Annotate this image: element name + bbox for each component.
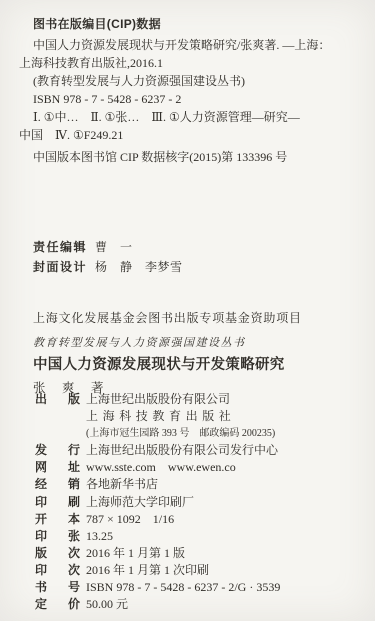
colophon-value: www.sste.com www.ewen.co (86, 459, 236, 476)
editor-label: 责任编辑 (33, 237, 95, 257)
editor-name: 曹 一 (95, 237, 133, 257)
colophon-value: 787 × 1092 1/16 (86, 511, 174, 528)
colophon-value: (上海市冠生园路 393 号 邮政编码 200235) (86, 425, 275, 442)
colophon-label: 经销 (35, 476, 80, 493)
colophon-row-sheets: 印张 13.25 (35, 528, 369, 545)
cover-design-label: 封面设计 (33, 257, 95, 277)
colophon-label: 印次 (35, 562, 80, 579)
colophon-value: ISBN 978 - 7 - 5428 - 6237 - 2/G · 3539 (86, 579, 280, 596)
colophon-row-price: 定价 50.00 元 (35, 596, 369, 613)
copyright-page: 图书在版编目(CIP)数据 中国人力资源发展现状与开发策略研究/张爽著. —上海… (0, 0, 375, 621)
colophon-label: 书号 (35, 579, 80, 596)
colophon-row-retailer: 经销 各地新华书店 (35, 476, 369, 493)
cover-design-row: 封面设计 杨 静 李梦雪 (33, 257, 183, 277)
colophon-value: 13.25 (86, 528, 113, 545)
colophon-block: 出版 上海世纪出版股份有限公司 上海科技教育出版社 (上海市冠生园路 393 号… (35, 391, 369, 613)
colophon-value: 各地新华书店 (86, 476, 158, 493)
colophon-row-edition: 版次 2016 年 1 月第 1 版 (35, 545, 369, 562)
colophon-label: 出版 (35, 391, 80, 408)
cip-classification-line-2: 中国 Ⅳ. ①F249.21 (19, 126, 365, 144)
colophon-label: 开本 (35, 511, 80, 528)
colophon-row-publisher: 出版 上海世纪出版股份有限公司 (35, 391, 369, 408)
colophon-label: 印张 (35, 528, 80, 545)
colophon-value: 上海世纪出版股份有限公司发行中心 (86, 442, 278, 459)
cover-designer-names: 杨 静 李梦雪 (95, 257, 183, 277)
series-title: 教育转型发展与人力资源强国建设丛书 (33, 334, 365, 350)
colophon-label: 定价 (35, 596, 80, 613)
cip-isbn: ISBN 978 - 7 - 5428 - 6237 - 2 (19, 90, 365, 108)
colophon-value: 50.00 元 (86, 596, 128, 613)
cip-classification-line-1: Ⅰ. ①中… Ⅱ. ①张… Ⅲ. ①人力资源管理—研究— (19, 108, 365, 126)
colophon-row-isbn: 书号 ISBN 978 - 7 - 5428 - 6237 - 2/G · 35… (35, 579, 369, 596)
colophon-row-website: 网址 www.sste.com www.ewen.co (35, 459, 369, 476)
cip-block: 图书在版编目(CIP)数据 中国人力资源发展现状与开发策略研究/张爽著. —上海… (19, 15, 365, 166)
cip-entry-line-2: 上海科技教育出版社,2016.1 (19, 54, 365, 72)
book-title: 中国人力资源发展现状与开发策略研究 (33, 353, 365, 374)
colophon-row-format: 开本 787 × 1092 1/16 (35, 511, 369, 528)
cip-series-note: (教育转型发展与人力资源强国建设丛书) (19, 72, 365, 90)
cip-entry-line-1: 中国人力资源发展现状与开发策略研究/张爽著. —上海： (19, 36, 365, 54)
colophon-label: 印刷 (35, 494, 80, 511)
editor-row: 责任编辑 曹 一 (33, 237, 183, 257)
colophon-row-printer: 印刷 上海师范大学印刷厂 (35, 494, 369, 511)
cip-heading: 图书在版编目(CIP)数据 (19, 15, 365, 33)
colophon-value: 2016 年 1 月第 1 版 (86, 545, 185, 562)
cip-record-number: 中国版本图书馆 CIP 数据核字(2015)第 133396 号 (19, 148, 365, 166)
colophon-value: 2016 年 1 月第 1 次印刷 (86, 562, 209, 579)
colophon-row-publisher-imprint: 上海科技教育出版社 (35, 408, 369, 425)
colophon-label: 网址 (35, 459, 80, 476)
colophon-row-distributor: 发行 上海世纪出版股份有限公司发行中心 (35, 442, 369, 459)
colophon-label: 发行 (35, 442, 80, 459)
colophon-label: 版次 (35, 545, 80, 562)
colophon-value: 上海世纪出版股份有限公司 (86, 391, 230, 408)
funding-note: 上海文化发展基金会图书出版专项基金资助项目 (33, 309, 365, 326)
credits-block: 责任编辑 曹 一 封面设计 杨 静 李梦雪 (33, 237, 183, 277)
colophon-row-printing: 印次 2016 年 1 月第 1 次印刷 (35, 562, 369, 579)
colophon-value: 上海师范大学印刷厂 (86, 494, 194, 511)
colophon-value: 上海科技教育出版社 (86, 408, 235, 425)
colophon-row-publisher-address: (上海市冠生园路 393 号 邮政编码 200235) (35, 425, 369, 442)
title-block: 上海文化发展基金会图书出版专项基金资助项目 教育转型发展与人力资源强国建设丛书 … (33, 309, 365, 396)
